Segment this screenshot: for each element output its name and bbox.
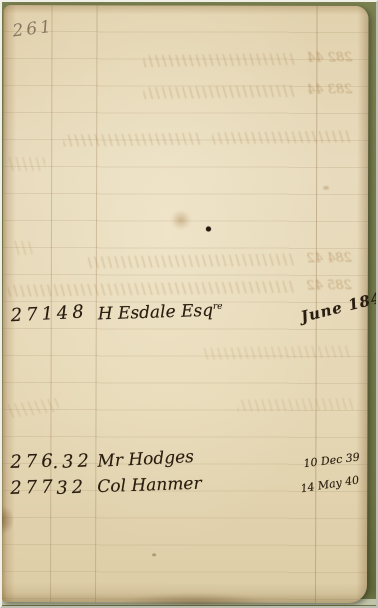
bleedthrough-numbers: 284 42 [306,251,352,267]
entry-number: 276 [10,450,57,472]
entry-number: 277 [10,476,57,498]
entry-name-superscript: re [213,302,223,312]
entry-number: 271 [10,303,57,326]
bleedthrough-row: 283 44 [143,82,352,100]
bleedthrough-numbers: 283 44 [307,82,353,98]
bleedthrough-row [203,346,352,360]
bleedthrough-scrawl [8,280,297,296]
bleedthrough-scrawl [203,346,352,360]
ledger-page: 261 282 44 283 44 284 42 285 42 [2,5,369,603]
page-edge-curl-bottom [120,592,270,604]
page-edge-curl-left [0,505,13,535]
bleedthrough-fragment [13,241,33,255]
foxing-blotch [170,210,192,229]
bleedthrough-scrawl [143,52,297,66]
bleedthrough-numbers: 282 44 [307,50,353,66]
bleedthrough-row [237,398,355,412]
bleedthrough-scrawl [63,133,203,147]
bleedthrough-scrawl [143,84,297,98]
bleedthrough-scrawl [88,253,297,268]
bleedthrough-scrawl [237,398,355,412]
entry-size: .32 [52,450,94,473]
entry-size: 48 [56,301,88,324]
ink-dot [206,227,211,232]
entry-name-text: H Esdale Esq [97,301,213,325]
bleedthrough-row: 282 44 [143,50,352,68]
entry-name: H Esdale Esqre [97,300,223,324]
bleedthrough-scrawl [213,130,353,144]
photo-frame: 261 282 44 283 44 284 42 285 42 [0,0,378,608]
bleedthrough-numbers: 285 42 [306,278,352,294]
entry-size: 32 [56,476,88,499]
paper-speck [323,186,329,190]
entry-name: Col Hanmer [97,474,202,497]
paper-speck [152,553,156,556]
bleedthrough-fragment [7,157,45,171]
